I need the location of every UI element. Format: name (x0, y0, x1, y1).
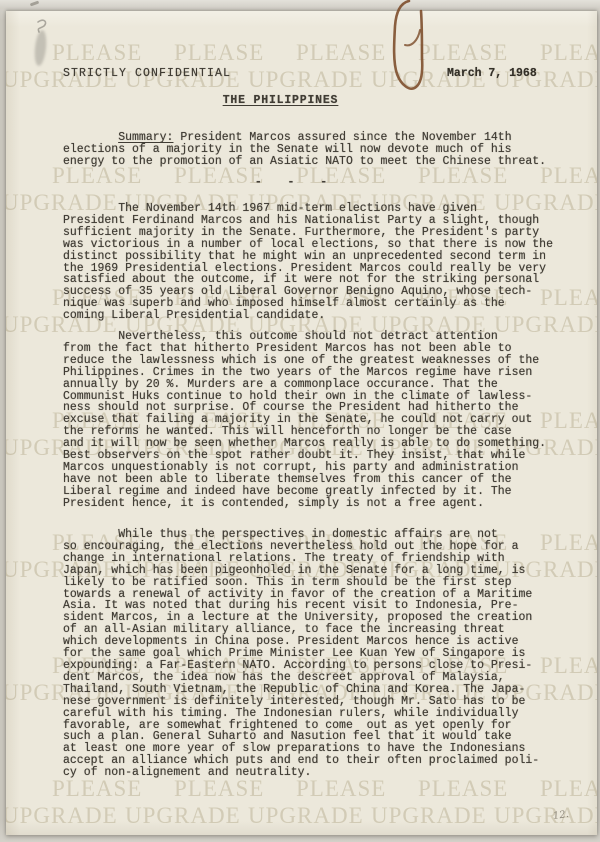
classification-stamp: STRICTLY CONFIDENTIAL (63, 68, 231, 80)
watermark-text: UPGRADE (494, 803, 597, 829)
watermark-text: UPGRADE (248, 803, 364, 829)
watermark-text: PLEASE (540, 776, 597, 802)
watermark-text: PLEASE (52, 40, 142, 66)
watermark-text: PLEASE (540, 408, 597, 434)
watermark-text: PLEASE (540, 530, 597, 556)
watermark-text: PLEASE (296, 40, 386, 66)
watermark-text: UPGRADE (248, 67, 364, 93)
watermark-text: PLEASE (52, 776, 142, 802)
watermark-text: PLEASE (296, 776, 386, 802)
document-page: PLEASEUPGRADEPLEASEUPGRADEPLEASEUPGRADEP… (6, 11, 597, 835)
paragraph: The November 14th 1967 mid-term election… (63, 203, 553, 322)
watermark-text: PLEASE (174, 40, 264, 66)
document-date: March 7, 1968 (447, 68, 537, 80)
section-divider: - - - (6, 177, 576, 189)
watermark-text: UPGRADE (125, 803, 241, 829)
watermark-text: PLEASE (418, 40, 508, 66)
watermark-text: UPGRADE (371, 803, 487, 829)
watermark-text: PLEASE (540, 40, 597, 66)
paragraph: While thus the perspectives in domestic … (63, 529, 539, 779)
ink-speck (30, 1, 39, 7)
watermark-text: PLEASE (418, 776, 508, 802)
watermark-text: PLEASE (174, 776, 264, 802)
watermark-text: PLEASE (540, 653, 597, 679)
watermark-text: UPGRADE (6, 803, 118, 829)
paragraph: Nevertheless, this outcome should not de… (63, 331, 546, 510)
document-title: THE PHILIPPINES (6, 95, 555, 107)
summary-paragraph: Summary: President Marcos assured since … (63, 132, 546, 168)
